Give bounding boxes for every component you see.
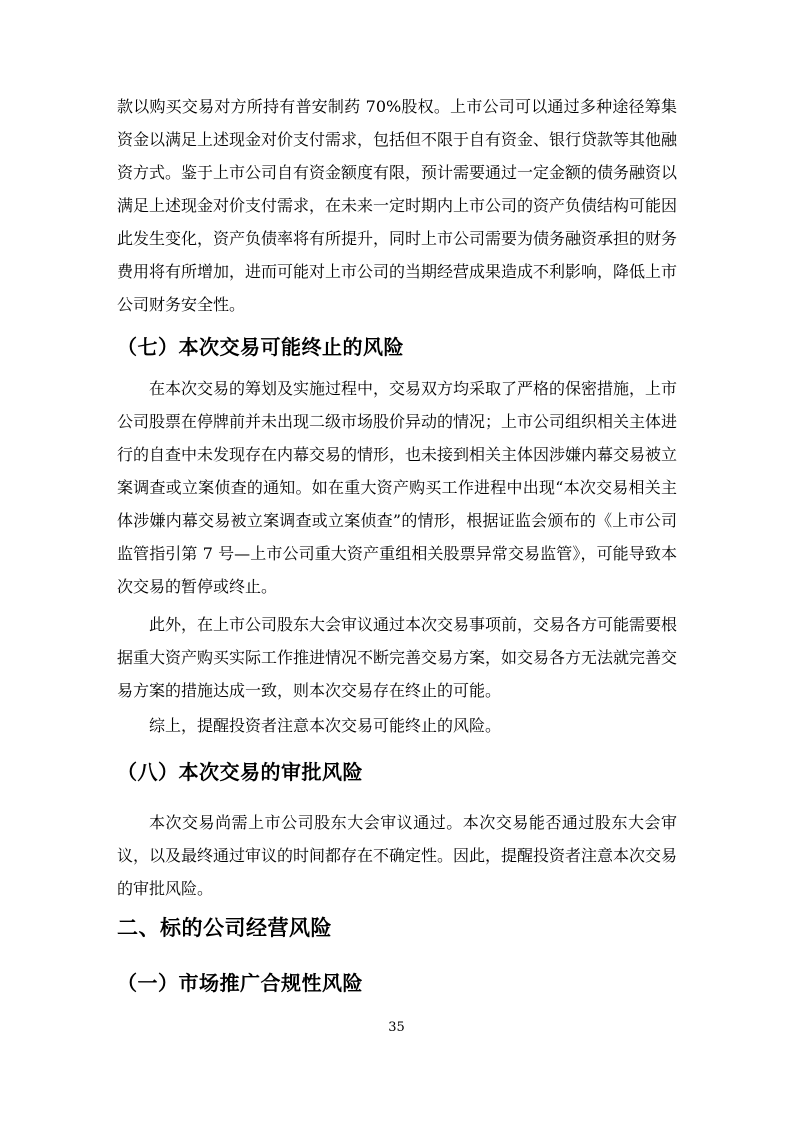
paragraph-plan-improvement: 此外，在上市公司股东大会审议通过本次交易事项前，交易各方可能需要根据重大资产购买… [117, 608, 677, 707]
paragraph-continuation-funding-risk: 款以购买交易对方所持有普安制药 70%股权。上市公司可以通过多种途径筹集资金以满… [117, 90, 677, 321]
document-page: 款以购买交易对方所持有普安制药 70%股权。上市公司可以通过多种途径筹集资金以满… [0, 0, 793, 1122]
section-heading-2-1-market-promotion-compliance-risk: （一）市场推广合规性风险 [117, 968, 677, 998]
page-number: 35 [0, 1019, 793, 1037]
section-heading-2-target-company-operating-risk: 二、标的公司经营风险 [117, 912, 677, 944]
paragraph-summary-reminder: 综上，提醒投资者注意本次交易可能终止的风险。 [117, 709, 677, 742]
paragraph-shareholder-approval: 本次交易尚需上市公司股东大会审议通过。本次交易能否通过股东大会审议，以及最终通过… [117, 806, 677, 905]
section-heading-8-approval-risk: （八）本次交易的审批风险 [117, 757, 677, 787]
page-content: 款以购买交易对方所持有普安制药 70%股权。上市公司可以通过多种途径筹集资金以满… [117, 90, 677, 998]
paragraph-insider-trading: 在本次交易的筹划及实施过程中，交易双方均采取了严格的保密措施，上市公司股票在停牌… [117, 372, 677, 603]
section-heading-7-termination-risk: （七）本次交易可能终止的风险 [117, 332, 677, 362]
